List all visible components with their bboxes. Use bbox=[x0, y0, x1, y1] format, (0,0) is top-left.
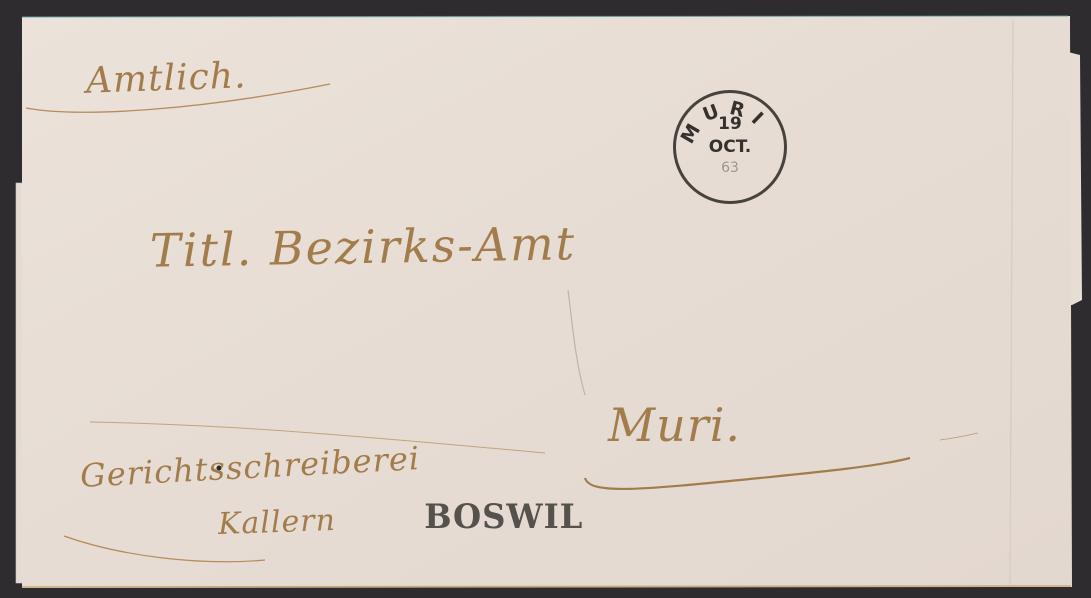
official-note-amtlich: Amtlich. bbox=[85, 55, 247, 102]
postal-cover-photo: Amtlich. Titl. Bezirks-Amt Muri. Gericht… bbox=[0, 0, 1091, 598]
postmark-year: 63 bbox=[713, 160, 747, 176]
postmark-month: OCT. bbox=[703, 137, 757, 157]
muri-postmark: MURI 19 OCT. 63 bbox=[673, 90, 787, 204]
destination-text: Muri. bbox=[608, 398, 741, 452]
postmark-day: 19 bbox=[715, 114, 745, 134]
boswil-origin-stamp: BOSWIL bbox=[424, 497, 583, 537]
sender-line-2: Kallern bbox=[217, 503, 336, 542]
addressee-text: Titl. Bezirks-Amt bbox=[150, 216, 577, 277]
